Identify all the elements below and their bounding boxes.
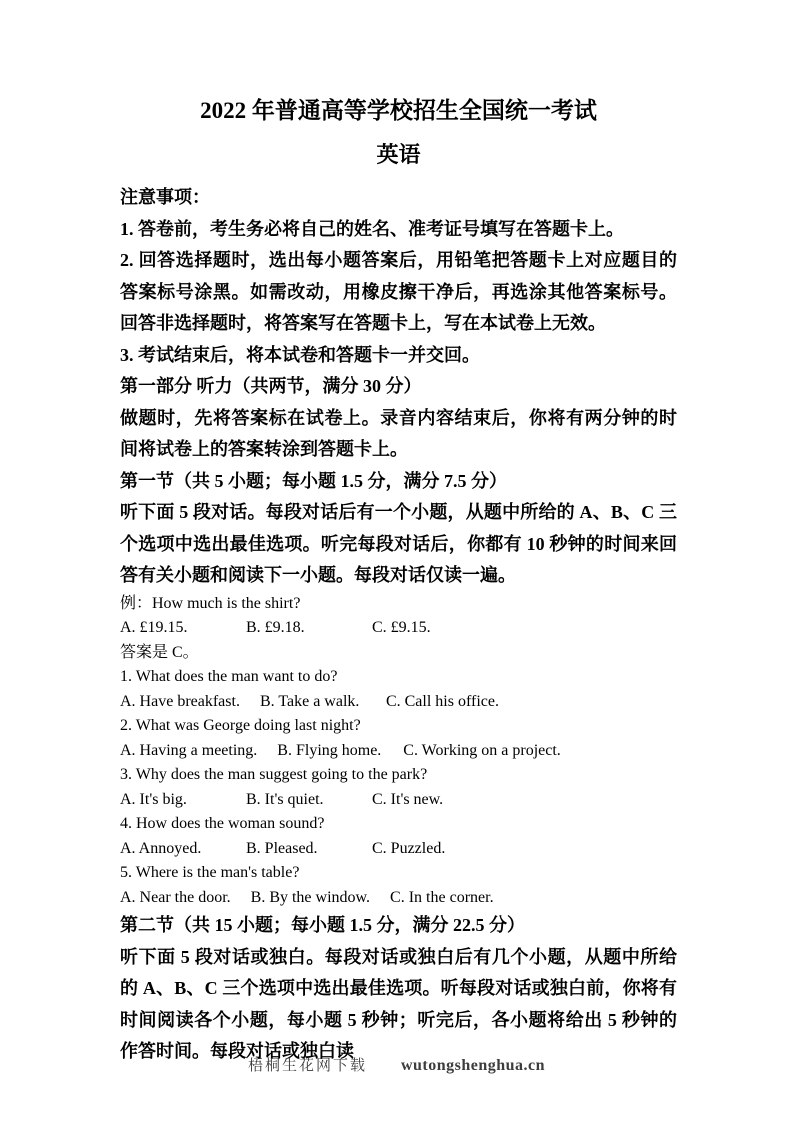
question-5: 5. Where is the man's table? A. Near the…	[120, 861, 677, 910]
option-b: B. Pleased.	[246, 837, 352, 862]
option-b: B. It's quiet.	[246, 788, 352, 813]
option-a: A. Having a meeting.	[120, 739, 257, 764]
section2-intro: 听下面 5 段对话或独白。每段对话或独白后有几个小题，从题中所给的 A、B、C …	[120, 942, 677, 1068]
example-option-a: A. £19.15.	[120, 616, 226, 641]
notice-item-1: 1. 答卷前，考生务必将自己的姓名、准考证号填写在答题卡上。	[120, 214, 677, 246]
question-text: 2. What was George doing last night?	[120, 714, 677, 739]
option-b: B. Flying home.	[277, 739, 383, 764]
listening-items: 例：How much is the shirt? A. £19.15. B. £…	[120, 592, 677, 911]
section2-heading: 第二节（共 15 小题；每小题 1.5 分，满分 22.5 分）	[120, 910, 677, 942]
example-option-c: C. £9.15.	[372, 616, 478, 641]
exam-content: 2022 年普通高等学校招生全国统一考试 英语 注意事项： 1. 答卷前，考生务…	[0, 0, 793, 1068]
option-c: C. Working on a project.	[403, 739, 561, 764]
question-options: A. Having a meeting. B. Flying home. C. …	[120, 739, 677, 764]
question-options: A. Annoyed. B. Pleased. C. Puzzled.	[120, 837, 677, 862]
option-a: A. Near the door.	[120, 886, 231, 911]
notice-item-2: 2. 回答选择题时，选出每小题答案后，用铅笔把答题卡上对应题目的答案标号涂黑。如…	[120, 245, 677, 340]
option-c: C. It's new.	[372, 788, 478, 813]
option-a: A. It's big.	[120, 788, 226, 813]
exam-subject: 英语	[120, 141, 677, 169]
footer-site-url: wutongshenghua.cn	[401, 1057, 545, 1074]
question-4: 4. How does the woman sound? A. Annoyed.…	[120, 812, 677, 861]
example-prompt: 例：How much is the shirt?	[120, 592, 677, 617]
exam-title: 2022 年普通高等学校招生全国统一考试	[120, 96, 677, 125]
option-b: B. Take a walk.	[260, 690, 366, 715]
example-answer: 答案是 C。	[120, 641, 677, 666]
option-c: C. In the corner.	[390, 886, 496, 911]
example-option-b: B. £9.18.	[246, 616, 352, 641]
part1-heading: 第一部分 听力（共两节，满分 30 分）	[120, 371, 677, 403]
notice-item-3: 3. 考试结束后，将本试卷和答题卡一并交回。	[120, 340, 677, 372]
part1-intro: 做题时，先将答案标在试卷上。录音内容结束后，你将有两分钟的时间将试卷上的答案转涂…	[120, 403, 677, 466]
question-options: A. Near the door. B. By the window. C. I…	[120, 886, 677, 911]
option-c: C. Call his office.	[386, 690, 499, 715]
option-a: A. Annoyed.	[120, 837, 226, 862]
question-text: 4. How does the woman sound?	[120, 812, 677, 837]
question-options: A. Have breakfast. B. Take a walk. C. Ca…	[120, 690, 677, 715]
question-2: 2. What was George doing last night? A. …	[120, 714, 677, 763]
question-3: 3. Why does the man suggest going to the…	[120, 763, 677, 812]
footer-site-name: 梧桐生花网下载	[248, 1058, 367, 1074]
section1-heading: 第一节（共 5 小题；每小题 1.5 分，满分 7.5 分）	[120, 466, 677, 498]
question-1: 1. What does the man want to do? A. Have…	[120, 665, 677, 714]
example-options: A. £19.15. B. £9.18. C. £9.15.	[120, 616, 677, 641]
option-a: A. Have breakfast.	[120, 690, 240, 715]
exam-document-page: 2022 年普通高等学校招生全国统一考试 英语 注意事项： 1. 答卷前，考生务…	[0, 0, 793, 1122]
section1-intro: 听下面 5 段对话。每段对话后有一个小题，从题中所给的 A、B、C 三个选项中选…	[120, 497, 677, 592]
page-footer: 梧桐生花网下载wutongshenghua.cn	[0, 1054, 793, 1075]
question-text: 3. Why does the man suggest going to the…	[120, 763, 677, 788]
option-b: B. By the window.	[251, 886, 370, 911]
question-options: A. It's big. B. It's quiet. C. It's new.	[120, 788, 677, 813]
question-text: 5. Where is the man's table?	[120, 861, 677, 886]
question-text: 1. What does the man want to do?	[120, 665, 677, 690]
notice-heading: 注意事项：	[120, 182, 677, 214]
option-c: C. Puzzled.	[372, 837, 478, 862]
